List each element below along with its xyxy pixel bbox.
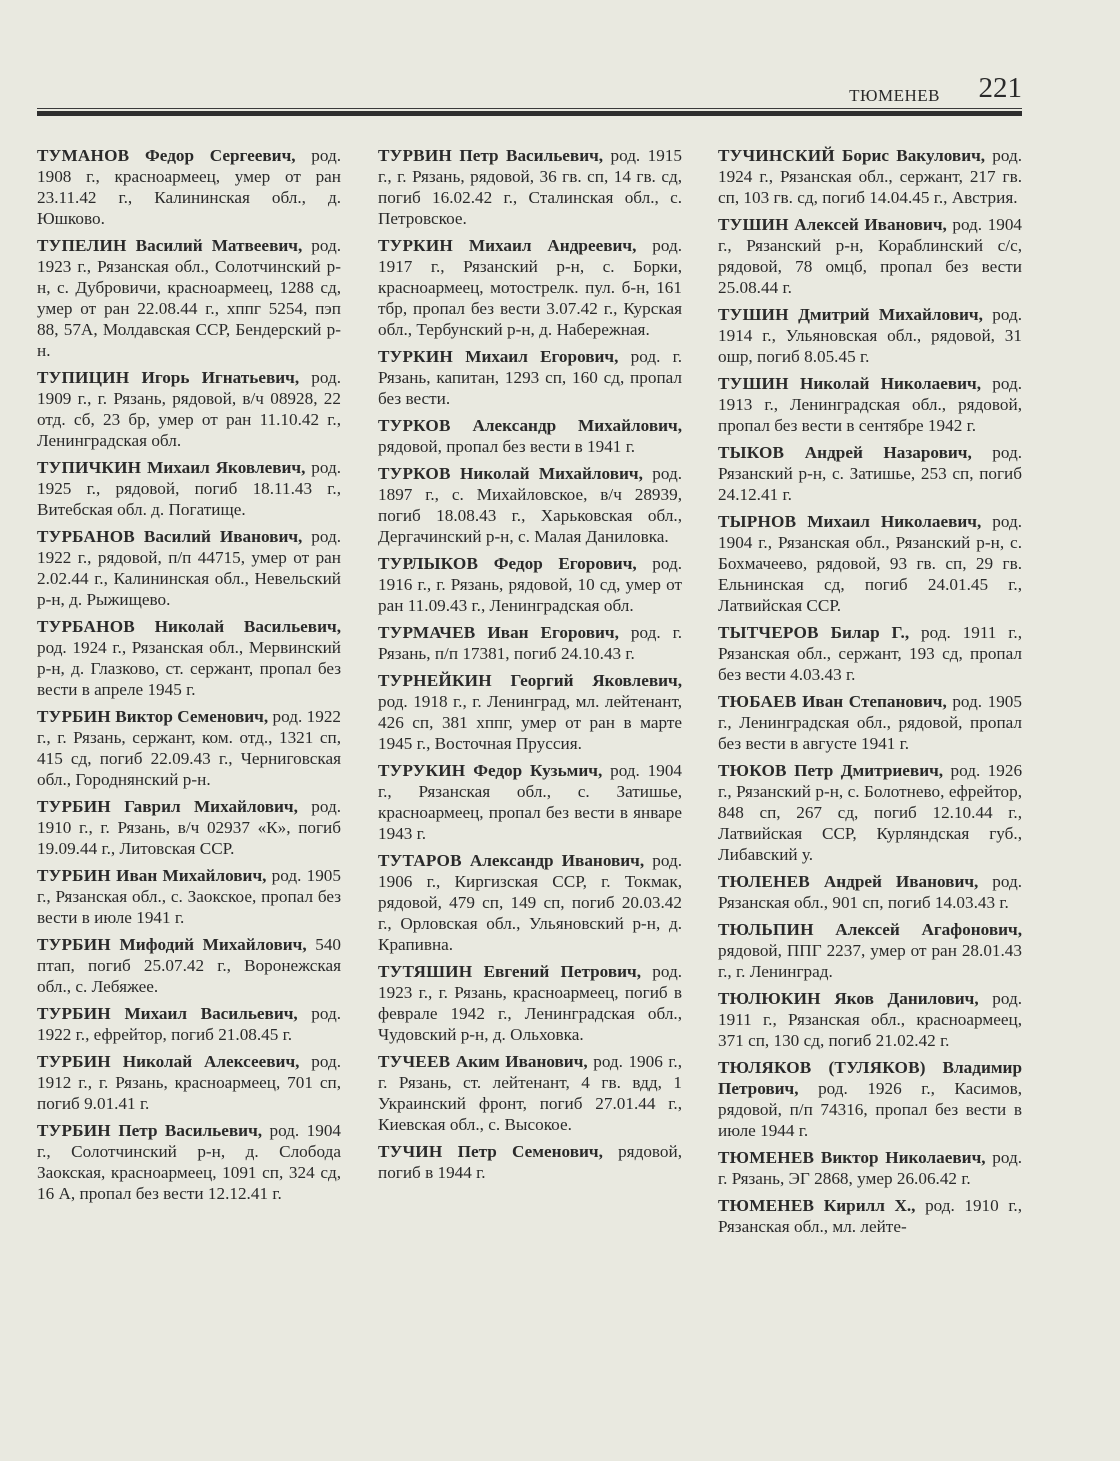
list-item: ТУРБИН Иван Михайлович, род. 1905 г., Ря… [37,865,341,928]
entry-given-name: Михаил Васильевич, [124,1004,297,1023]
entry-given-name: Алексей Агафонович, [835,920,1022,939]
list-item: ТУРКИН Михаил Андреевич, род. 1917 г., Р… [378,235,682,340]
entry-surname: ТУШИН [718,215,789,234]
list-item: ТУПЕЛИН Василий Матвеевич, род. 1923 г.,… [37,235,341,361]
entry-given-name: Аким Иванович, [456,1052,588,1071]
column-1: ТУМАНОВ Федор Сергеевич, род. 1908 г., к… [37,145,341,1210]
entry-surname: ТУРВИН [378,146,452,165]
entry-surname: ТУПИЧКИН [37,458,141,477]
entry-surname: ТЫРНОВ [718,512,796,531]
entry-given-name: Василий Матвеевич, [136,236,303,255]
entry-surname: ТЮЛЕНЕВ [718,872,810,891]
list-item: ТЮЛЯКОВ (ТУЛЯКОВ) Владимир Петрович, род… [718,1057,1022,1141]
entry-given-name: Мифодий Михайлович, [119,935,306,954]
entry-given-name: Петр Дмитриевич, [794,761,943,780]
entry-surname: ТУМАНОВ [37,146,129,165]
entry-surname: ТЮБАЕВ [718,692,797,711]
list-item: ТУРКИН Михаил Егорович, род. г. Рязань, … [378,346,682,409]
entry-given-name: Иван Михайлович, [116,866,266,885]
list-item: ТУЧИНСКИЙ Борис Вакулович, род. 1924 г.,… [718,145,1022,208]
list-item: ТУЧИН Петр Семенович, рядовой, погиб в 1… [378,1141,682,1183]
entry-surname: ТУПЕЛИН [37,236,127,255]
list-item: ТУШИН Николай Николаевич, род. 1913 г., … [718,373,1022,436]
list-item: ТУРБИН Гаврил Михайлович, род. 1910 г., … [37,796,341,859]
column-2: ТУРВИН Петр Васильевич, род. 1915 г., г.… [378,145,682,1189]
entry-given-name: Иван Степанович, [802,692,947,711]
page-header: ТЮМЕНЕВ 221 [37,72,1022,112]
entry-surname: ТУРБИН [37,1004,111,1023]
entry-given-name: Виктор Семенович, [115,707,268,726]
list-item: ТУЧЕЕВ Аким Иванович, род. 1906 г., г. Р… [378,1051,682,1135]
entry-given-name: Игорь Игнатьевич, [141,368,299,387]
entry-given-name: Николай Алексеевич, [123,1052,300,1071]
entry-given-name: Михаил Николаевич, [807,512,981,531]
list-item: ТУРУКИН Федор Кузьмич, род. 1904 г., Ряз… [378,760,682,844]
list-item: ТУРНЕЙКИН Георгий Яковлевич, род. 1918 г… [378,670,682,754]
entry-surname: ТЫКОВ [718,443,784,462]
entry-given-name: Георгий Яковлевич, [511,671,683,690]
entry-surname: ТУРКИН [378,236,453,255]
entry-given-name: Кирилл Х., [824,1196,916,1215]
entry-given-name: Михаил Андреевич, [469,236,637,255]
entry-given-name: Евгений Петрович, [484,962,641,981]
entry-details: род. 1924 г., Рязанская обл., Мервинский… [37,638,341,699]
entry-surname: ТЮЛЮКИН [718,989,821,1008]
entry-surname: ТУРЛЫКОВ [378,554,478,573]
entry-given-name: Федор Сергеевич, [145,146,296,165]
running-head: ТЮМЕНЕВ [849,86,940,106]
list-item: ТУРВИН Петр Васильевич, род. 1915 г., г.… [378,145,682,229]
entry-surname: ТУРБИН [37,866,111,885]
entry-given-name: Гаврил Михайлович, [124,797,298,816]
entry-surname: ТУЧИН [378,1142,442,1161]
list-item: ТУРБИН Виктор Семенович, род. 1922 г., г… [37,706,341,790]
entry-given-name: Александр Иванович, [470,851,644,870]
entry-surname: ТУРБИН [37,797,111,816]
list-item: ТУРБИН Михаил Васильевич, род. 1922 г., … [37,1003,341,1045]
entry-surname: ТУРБИН [37,1052,111,1071]
entry-surname: ТУТАРОВ [378,851,462,870]
entry-given-name: Федор Кузьмич, [473,761,602,780]
list-item: ТУРКОВ Александр Михайлович, рядовой, пр… [378,415,682,457]
entry-given-name: Николай Николаевич, [800,374,981,393]
list-item: ТУРБИН Мифодий Михайлович, 540 птап, пог… [37,934,341,997]
entry-surname: ТУРНЕЙКИН [378,671,492,690]
entry-surname: ТУРБАНОВ [37,527,135,546]
list-item: ТЮКОВ Петр Дмитриевич, род. 1926 г., Ряз… [718,760,1022,865]
entry-surname: ТУЧИНСКИЙ [718,146,835,165]
header-rule-thin [37,108,1022,109]
list-item: ТЮБАЕВ Иван Степанович, род. 1905 г., Ле… [718,691,1022,754]
entry-surname: ТУРБИН [37,935,111,954]
entry-given-name: Петр Семенович, [458,1142,603,1161]
entry-surname: ТУПИЦИН [37,368,129,387]
entry-surname: ТУТЯШИН [378,962,472,981]
entry-given-name: Виктор Николаевич, [821,1148,986,1167]
entry-given-name: Петр Васильевич, [118,1121,262,1140]
list-item: ТУРЛЫКОВ Федор Егорович, род. 1916 г., г… [378,553,682,616]
entry-given-name: Борис Вакулович, [842,146,985,165]
entry-surname: ТУШИН [718,374,789,393]
column-3: ТУЧИНСКИЙ Борис Вакулович, род. 1924 г.,… [718,145,1022,1243]
list-item: ТУРБИН Петр Васильевич, род. 1904 г., Со… [37,1120,341,1204]
entry-details: род. 1918 г., г. Ленинград, мл. лейтенан… [378,692,682,753]
list-item: ТЮЛЬПИН Алексей Агафонович, рядовой, ППГ… [718,919,1022,982]
entry-surname: ТЮЛЯКОВ (ТУЛЯКОВ) [718,1058,926,1077]
entry-details: рядовой, ППГ 2237, умер от ран 28.01.43 … [718,941,1022,981]
list-item: ТУРБАНОВ Николай Васильевич, род. 1924 г… [37,616,341,700]
list-item: ТУШИН Алексей Иванович, род. 1904 г., Ря… [718,214,1022,298]
entry-given-name: Петр Васильевич, [459,146,603,165]
entry-given-name: Андрей Иванович, [824,872,979,891]
list-item: ТУМАНОВ Федор Сергеевич, род. 1908 г., к… [37,145,341,229]
entry-surname: ТЮМЕНЕВ [718,1196,814,1215]
entry-surname: ТУРКОВ [378,416,451,435]
entry-surname: ТУРМАЧЕВ [378,623,475,642]
entry-details: рядовой, пропал без вести в 1941 г. [378,437,635,456]
list-item: ТУРБАНОВ Василий Иванович, род. 1922 г.,… [37,526,341,610]
list-item: ТЮЛЕНЕВ Андрей Иванович, род. Рязанская … [718,871,1022,913]
entry-given-name: Николай Михайлович, [460,464,643,483]
entry-given-name: Василий Иванович, [144,527,302,546]
entry-given-name: Андрей Назарович, [805,443,972,462]
list-item: ТУШИН Дмитрий Михайлович, род. 1914 г., … [718,304,1022,367]
list-item: ТУТАРОВ Александр Иванович, род. 1906 г.… [378,850,682,955]
list-item: ТЮМЕНЕВ Кирилл Х., род. 1910 г., Рязанск… [718,1195,1022,1237]
entry-surname: ТЮКОВ [718,761,787,780]
entry-given-name: Федор Егорович, [494,554,637,573]
entry-given-name: Яков Данилович, [834,989,978,1008]
list-item: ТУПИЦИН Игорь Игнатьевич, род. 1909 г., … [37,367,341,451]
list-item: ТЫТЧЕРОВ Билар Г., род. 1911 г., Рязанск… [718,622,1022,685]
entry-surname: ТУРКИН [378,347,453,366]
list-item: ТУПИЧКИН Михаил Яковлевич, род. 1925 г.,… [37,457,341,520]
entry-surname: ТУРКОВ [378,464,451,483]
entry-surname: ТЮЛЬПИН [718,920,814,939]
entry-given-name: Николай Васильевич, [155,617,341,636]
list-item: ТЮМЕНЕВ Виктор Николаевич, род. г. Рязан… [718,1147,1022,1189]
entry-surname: ТЮМЕНЕВ [718,1148,814,1167]
entry-given-name: Иван Егорович, [487,623,618,642]
entry-given-name: Дмитрий Михайлович, [798,305,983,324]
list-item: ТУТЯШИН Евгений Петрович, род. 1923 г., … [378,961,682,1045]
entry-surname: ТУРБИН [37,707,111,726]
entry-given-name: Алексей Иванович, [794,215,947,234]
entry-given-name: Билар Г., [831,623,910,642]
list-item: ТУРКОВ Николай Михайлович, род. 1897 г.,… [378,463,682,547]
entry-surname: ТУШИН [718,305,789,324]
entry-given-name: Александр Михайлович, [472,416,682,435]
header-rule-thick [37,111,1022,116]
entry-given-name: Михаил Егорович, [465,347,618,366]
entry-given-name: Михаил Яковлевич, [147,458,305,477]
entry-surname: ТЫТЧЕРОВ [718,623,819,642]
list-item: ТЫКОВ Андрей Назарович, род. Рязанский р… [718,442,1022,505]
page-number: 221 [979,72,1023,105]
entry-surname: ТУЧЕЕВ [378,1052,450,1071]
entry-surname: ТУРБИН [37,1121,111,1140]
entry-surname: ТУРБАНОВ [37,617,135,636]
list-item: ТУРБИН Николай Алексеевич, род. 1912 г.,… [37,1051,341,1114]
list-item: ТЫРНОВ Михаил Николаевич, род. 1904 г., … [718,511,1022,616]
list-item: ТУРМАЧЕВ Иван Егорович, род. г. Рязань, … [378,622,682,664]
entry-surname: ТУРУКИН [378,761,465,780]
list-item: ТЮЛЮКИН Яков Данилович, род. 1911 г., Ря… [718,988,1022,1051]
